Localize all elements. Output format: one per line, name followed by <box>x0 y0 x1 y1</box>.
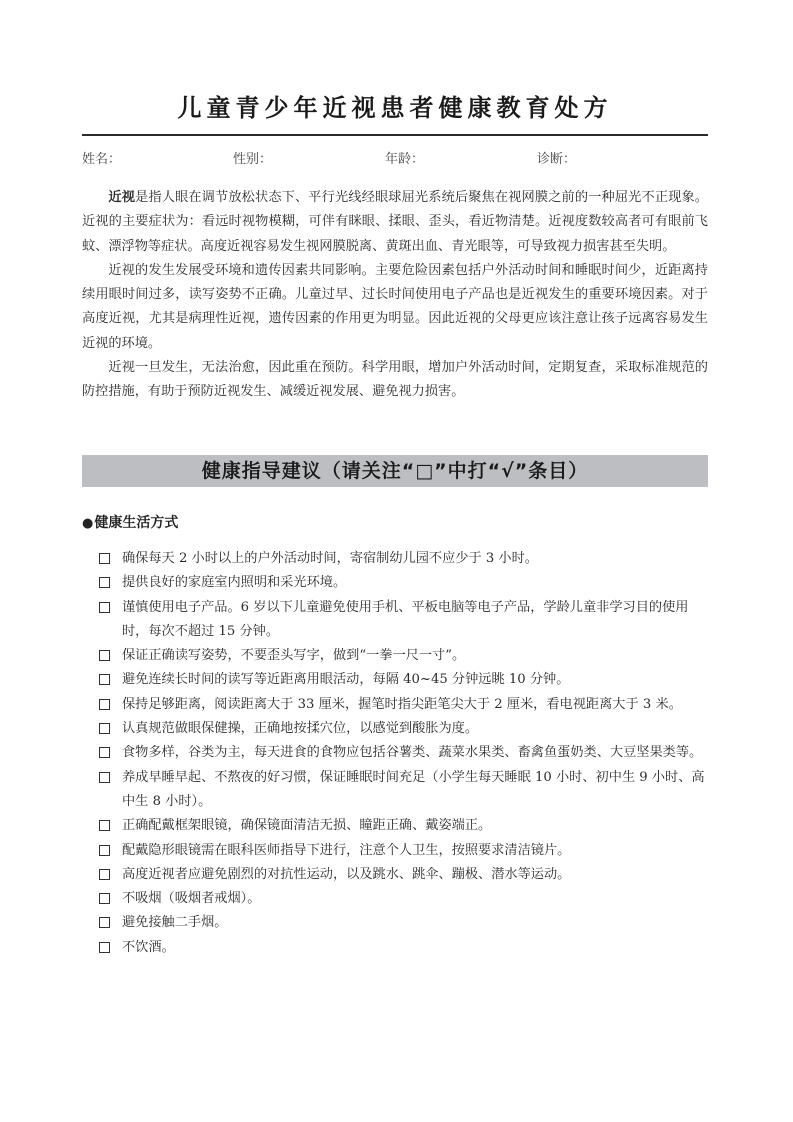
checkbox[interactable] <box>99 893 110 904</box>
checklist-item: 不饮酒。 <box>97 936 709 960</box>
checklist-item: 保证正确读写姿势，不要歪头写字，做到“一拳一尺一寸”。 <box>97 644 709 668</box>
checklist-item: 配戴隐形眼镜需在眼科医师指导下进行，注意个人卫生，按照要求清洁镜片。 <box>97 839 709 863</box>
intro-term: 近视 <box>108 190 135 205</box>
checklist-item-text: 不饮酒。 <box>122 940 175 955</box>
checklist-item-text: 配戴隐形眼镜需在眼科医师指导下进行，注意个人卫生，按照要求清洁镜片。 <box>122 843 570 858</box>
checkbox[interactable] <box>99 577 110 588</box>
checklist-item-text: 食物多样，谷类为主，每天进食的食物应包括谷薯类、蔬菜水果类、畜禽鱼蛋奶类、大豆坚… <box>122 745 702 760</box>
checkbox[interactable] <box>99 772 110 783</box>
checklist-item: 高度近视者应避免剧烈的对抗性运动，以及跳水、跳伞、蹦极、潜水等运动。 <box>97 863 709 887</box>
checklist-item: 正确配戴框架眼镜，确保镜面清洁无损、瞳距正确、戴姿端正。 <box>97 814 709 838</box>
checkbox[interactable] <box>99 820 110 831</box>
intro-paragraph-3: 近视一旦发生，无法治愈，因此重在预防。科学用眼，增加户外活动时间，定期复查，采取… <box>82 356 708 405</box>
checklist-item-text: 避免连续长时间的读写等近距离用眼活动，每隔 40~45 分钟远眺 10 分钟。 <box>122 672 569 687</box>
checklist-item: 谨慎使用电子产品。6 岁以下儿童避免使用手机、平板电脑等电子产品，学龄儿童非学习… <box>97 596 709 645</box>
checkbox[interactable] <box>99 869 110 880</box>
checklist-item: 保持足够距离，阅读距离大于 33 厘米，握笔时指尖距笔尖大于 2 厘米，看电视距… <box>97 693 709 717</box>
title-divider <box>82 134 708 136</box>
patient-gender-field[interactable]: 性别： <box>233 148 272 167</box>
intro-paragraph-1-text: 是指人眼在调节放松状态下、平行光线经眼球屈光系统后聚焦在视网膜之前的一种屈光不正… <box>82 190 708 254</box>
checklist-item-text: 保持足够距离，阅读距离大于 33 厘米，握笔时指尖距笔尖大于 2 厘米，看电视距… <box>122 697 682 712</box>
checklist-item-text: 确保每天 2 小时以上的户外活动时间，寄宿制幼儿园不应少于 3 小时。 <box>122 551 538 566</box>
intro-text: 近视是指人眼在调节放松状态下、平行光线经眼球屈光系统后聚焦在视网膜之前的一种屈光… <box>82 186 708 405</box>
checklist-item: 不吸烟（吸烟者戒烟）。 <box>97 887 709 911</box>
checkbox[interactable] <box>99 723 110 734</box>
checklist-item-text: 认真规范做眼保健操，正确地按揉穴位，以感觉到酸胀为度。 <box>122 721 478 736</box>
checklist-item: 提供良好的家庭室内照明和采光环境。 <box>97 571 709 595</box>
checkbox[interactable] <box>99 942 110 953</box>
patient-age-field[interactable]: 年龄： <box>385 148 424 167</box>
checklist-item-text: 养成早睡早起、不熬夜的好习惯，保证睡眠时间充足（小学生每天睡眠 10 小时、初中… <box>122 770 705 809</box>
document-title: 儿童青少年近视患者健康教育处方 <box>82 88 708 123</box>
checklist-item: 食物多样，谷类为主，每天进食的食物应包括谷薯类、蔬菜水果类、畜禽鱼蛋奶类、大豆坚… <box>97 741 709 765</box>
subsection-heading: ●健康生活方式 <box>82 512 178 532</box>
checklist-item-text: 高度近视者应避免剧烈的对抗性运动，以及跳水、跳伞、蹦极、潜水等运动。 <box>122 867 570 882</box>
section-heading: 健康指导建议（请关注“□”中打“√”条目） <box>82 455 708 487</box>
checklist-item: 认真规范做眼保健操，正确地按揉穴位，以感觉到酸胀为度。 <box>97 717 709 741</box>
patient-diagnosis-field[interactable]: 诊断： <box>537 148 576 167</box>
patient-name-label: 姓名： <box>82 152 121 167</box>
patient-info-row: 姓名： 性别： 年龄： 诊断： <box>82 148 708 168</box>
checklist-item: 避免接触二手烟。 <box>97 911 709 935</box>
checklist-item: 避免连续长时间的读写等近距离用眼活动，每隔 40~45 分钟远眺 10 分钟。 <box>97 668 709 692</box>
checkbox[interactable] <box>99 917 110 928</box>
checklist-item: 养成早睡早起、不熬夜的好习惯，保证睡眠时间充足（小学生每天睡眠 10 小时、初中… <box>97 766 709 815</box>
checklist-item-text: 避免接触二手烟。 <box>122 915 228 930</box>
checkbox[interactable] <box>99 699 110 710</box>
checkbox[interactable] <box>99 553 110 564</box>
checkbox[interactable] <box>99 674 110 685</box>
intro-paragraph-1: 近视是指人眼在调节放松状态下、平行光线经眼球屈光系统后聚焦在视网膜之前的一种屈光… <box>82 186 708 259</box>
advice-checklist: 确保每天 2 小时以上的户外活动时间，寄宿制幼儿园不应少于 3 小时。 提供良好… <box>97 547 709 960</box>
checklist-item-text: 不吸烟（吸烟者戒烟）。 <box>122 891 260 906</box>
checklist-item-text: 谨慎使用电子产品。6 岁以下儿童避免使用手机、平板电脑等电子产品，学龄儿童非学习… <box>122 600 688 639</box>
subsection-title: 健康生活方式 <box>94 515 178 531</box>
checklist-item: 确保每天 2 小时以上的户外活动时间，寄宿制幼儿园不应少于 3 小时。 <box>97 547 709 571</box>
intro-paragraph-2: 近视的发生发展受环境和遗传因素共同影响。主要危险因素包括户外活动时间和睡眠时间少… <box>82 259 708 356</box>
patient-name-field[interactable]: 姓名： <box>82 148 121 167</box>
checkbox[interactable] <box>99 602 110 613</box>
checklist-item-text: 正确配戴框架眼镜，确保镜面清洁无损、瞳距正确、戴姿端正。 <box>122 818 491 833</box>
checkbox[interactable] <box>99 650 110 661</box>
checkbox[interactable] <box>99 747 110 758</box>
patient-diagnosis-label: 诊断： <box>537 152 576 167</box>
patient-age-label: 年龄： <box>385 152 424 167</box>
patient-gender-label: 性别： <box>233 152 272 167</box>
checklist-item-text: 提供良好的家庭室内照明和采光环境。 <box>122 575 346 590</box>
checklist-item-text: 保证正确读写姿势，不要歪头写字，做到“一拳一尺一寸”。 <box>122 648 465 663</box>
bullet-icon: ● <box>82 516 93 531</box>
checkbox[interactable] <box>99 845 110 856</box>
